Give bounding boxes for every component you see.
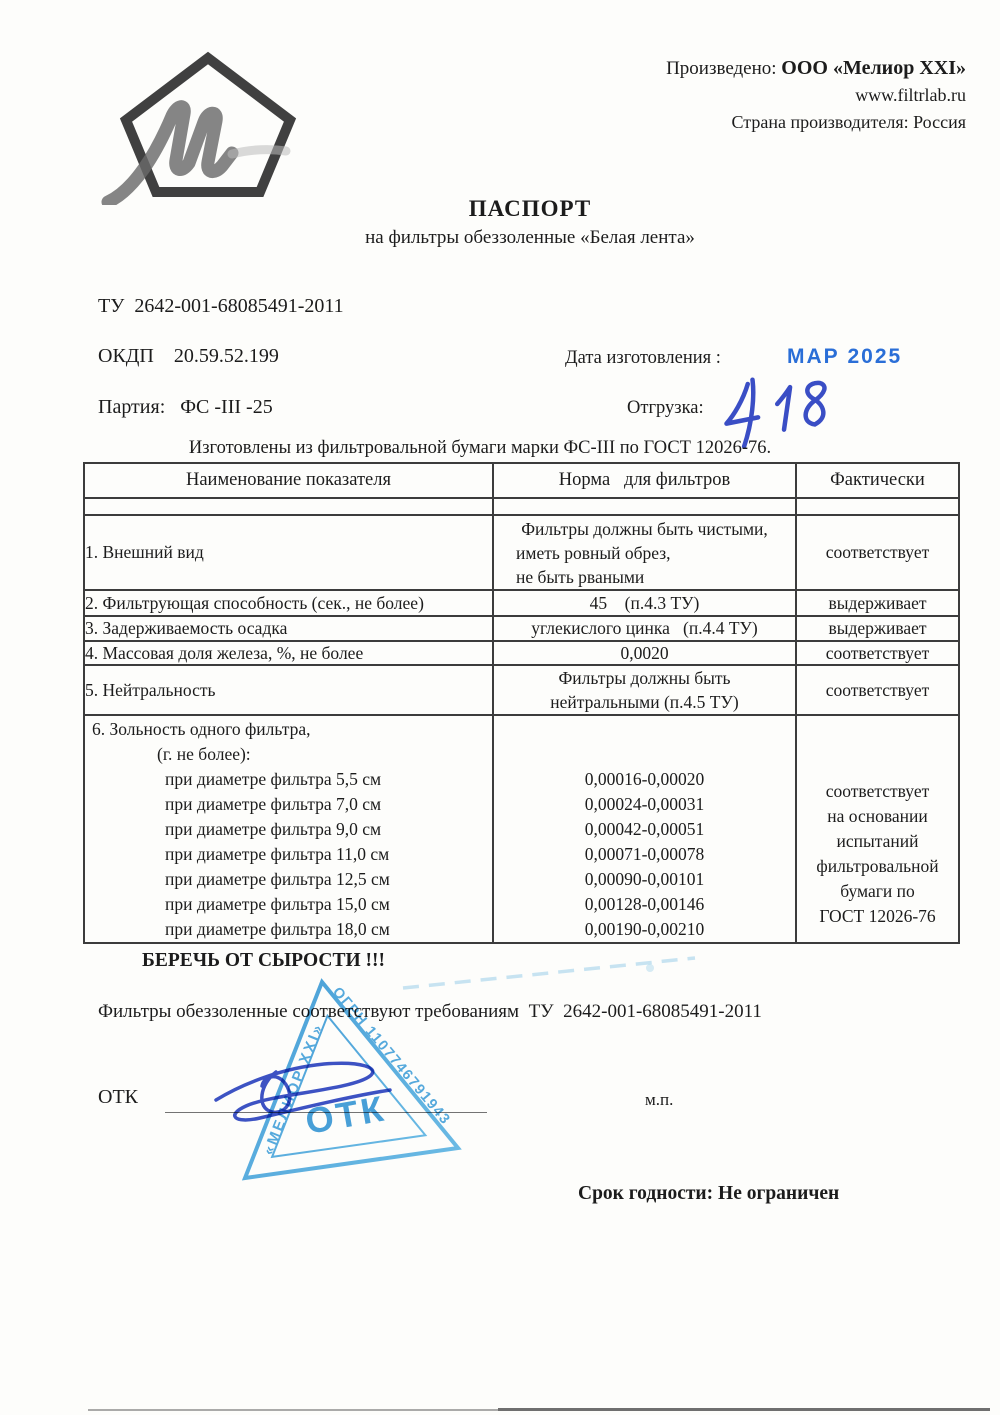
signature-svg	[212, 1050, 397, 1130]
spec-table: Наименование показателя Норма для фильтр…	[83, 462, 960, 944]
otk-label: ОТК	[98, 1086, 138, 1109]
row3-name: 3. Задерживаемость осадка	[84, 616, 493, 641]
row6-norm: 0,00016-0,00020 0,00024-0,00031 0,00042-…	[493, 715, 796, 943]
row1-norm: Фильтры должны быть чистыми, иметь ровны…	[493, 515, 796, 590]
table-row-ash-content: 6. Зольность одного фильтра, (г. не боле…	[84, 715, 959, 943]
mp-label: м.п.	[645, 1090, 673, 1110]
scan-artifact-line	[498, 1408, 990, 1411]
row5-norm: Фильтры должны быть нейтральными (п.4.5 …	[493, 665, 796, 715]
producer-name: ООО «Мелиор XXI»	[781, 57, 966, 79]
tu-number: ТУ 2642-001-68085491-2011	[98, 295, 344, 318]
manufacture-date-stamp: МАР 2025	[787, 345, 902, 369]
row6-name: 6. Зольность одного фильтра, (г. не боле…	[84, 715, 493, 943]
table-row-retention: 3. Задерживаемость осадка углекислого ци…	[84, 616, 959, 641]
produced-label: Произведено:	[666, 58, 781, 79]
table-row-filtering: 2. Фильтрующая способность (сек., не бол…	[84, 590, 959, 616]
row3-fact: выдерживает	[796, 616, 959, 641]
document-subtitle: на фильтры обеззоленные «Белая лента»	[60, 227, 1000, 249]
keep-dry-warning: БЕРЕЧЬ ОТ СЫРОСТИ !!!	[142, 950, 385, 972]
table-row-neutrality: 5. Нейтральность Фильтры должны быть ней…	[84, 665, 959, 715]
okdp-code: ОКДП 20.59.52.199	[98, 345, 279, 368]
shelf-life: Срок годности: Не ограничен	[578, 1183, 839, 1205]
melior-pentagon-logo-icon	[90, 50, 320, 205]
pentagon-m-logo-svg	[90, 50, 320, 205]
row1-name: 1. Внешний вид	[84, 515, 493, 590]
row1-fact: соответствует	[796, 515, 959, 590]
header-fact: Фактически	[796, 463, 959, 498]
table-empty-row	[84, 498, 959, 515]
row4-name: 4. Массовая доля железа, %, не более	[84, 641, 493, 665]
title-block: ПАСПОРТ на фильтры обеззоленные «Белая л…	[60, 196, 1000, 249]
manufacture-date-label: Дата изготовления :	[565, 348, 721, 369]
row2-fact: выдерживает	[796, 590, 959, 616]
made-from-line: Изготовлены из фильтровальной бумаги мар…	[0, 438, 960, 459]
row5-fact: соответствует	[796, 665, 959, 715]
row4-norm: 0,0020	[493, 641, 796, 665]
passport-document: Произведено: ООО «Мелиор XXI» www.filtrl…	[0, 0, 1000, 1415]
header-name: Наименование показателя	[84, 463, 493, 498]
table-header-row: Наименование показателя Норма для фильтр…	[84, 463, 959, 498]
row3-norm: углекислого цинка (п.4.4 ТУ)	[493, 616, 796, 641]
produced-line: Произведено: ООО «Мелиор XXI»	[666, 55, 966, 82]
table-row-iron: 4. Массовая доля железа, %, не более 0,0…	[84, 641, 959, 665]
producer-country: Страна производителя: Россия	[666, 109, 966, 136]
table-row-appearance: 1. Внешний вид Фильтры должны быть чисты…	[84, 515, 959, 590]
producer-website: www.filtrlab.ru	[666, 82, 966, 109]
row6-fact: соответствует на основании испытаний фил…	[796, 715, 959, 943]
row5-name: 5. Нейтральность	[84, 665, 493, 715]
row2-name: 2. Фильтрующая способность (сек., не бол…	[84, 590, 493, 616]
shipping-label: Отгрузка:	[627, 398, 704, 419]
producer-block: Произведено: ООО «Мелиор XXI» www.filtrl…	[666, 55, 966, 136]
signature	[212, 1050, 397, 1135]
row4-fact: соответствует	[796, 641, 959, 665]
header-norm: Норма для фильтров	[493, 463, 796, 498]
row2-norm: 45 (п.4.3 ТУ)	[493, 590, 796, 616]
batch-number: Партия: ФС -III -25	[98, 396, 273, 419]
document-title: ПАСПОРТ	[60, 196, 1000, 222]
scan-artifact-line	[88, 1409, 498, 1411]
